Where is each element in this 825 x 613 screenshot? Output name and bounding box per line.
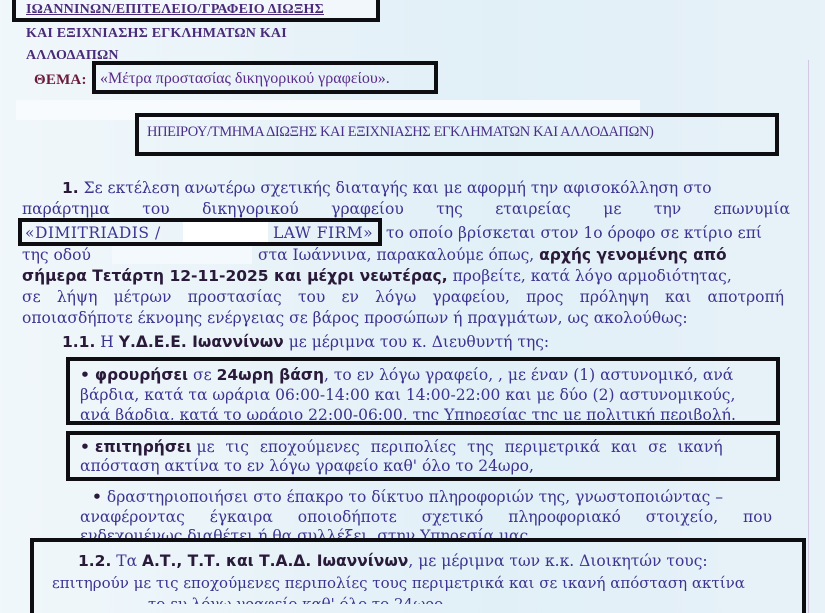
section-1-2-units: Α.Τ., Τ.Τ. και Τ.Α.Δ. Ιωαννίνων xyxy=(142,552,408,570)
section-1-2-line2: επιτηρούν με τις εποχούμενες περιπολίες … xyxy=(52,573,745,593)
paragraph1-line5-rest: προβείτε, κατά λόγο αρμοδιότητας, xyxy=(453,267,732,285)
paragraph1-line2: παράρτημα του δικηγορικού γραφείου της ε… xyxy=(22,199,790,219)
bullet3-text1: δραστηριοποιήσει στο έπακρο το δίκτυο πλ… xyxy=(107,488,723,506)
paragraph1-line5: σήμερα Τετάρτη 12-11-2025 και μέχρι νεωτ… xyxy=(22,266,732,286)
bullet1-basis: 24ωρη βάση xyxy=(217,366,324,384)
paragraph1-date-bold: σήμερα Τετάρτη 12-11-2025 και μέχρι νεωτ… xyxy=(22,267,448,285)
firm-name-start: «DIMITRIADIS / xyxy=(25,223,161,243)
section-1-2-intro-start: Τα xyxy=(116,552,137,570)
section-1-2-line3: το εν λόγω γραφείο καθ' όλο το 24ωρο. xyxy=(148,594,448,604)
paragraph1-text1: Σε εκτέλεση ανωτέρω σχετικής διαταγής κα… xyxy=(84,179,712,197)
section-1-2-intro: 1.2. Τα Α.Τ., Τ.Τ. και Τ.Α.Δ. Ιωαννίνων,… xyxy=(78,551,708,571)
paragraph1-line4-start: της οδού xyxy=(22,245,91,265)
section-1-1-unit: Υ.Δ.Ε.Ε. Ιωαννίνων xyxy=(119,333,284,351)
bullet1-text1: σε xyxy=(193,366,212,384)
bullet3-line2: αναφέροντας έγκαιρα οποιοδήποτε σχετικό … xyxy=(80,507,772,527)
bullet1-glyph: • xyxy=(80,366,90,384)
header-unit-line2: ΚΑΙ ΕΞΙΧΝΙΑΣΗΣ ΕΓΚΛΗΜΑΤΩΝ ΚΑΙ xyxy=(26,26,287,42)
paragraph1-line7: οποιασδήποτε έκνομης ενέργειας σε βάρος … xyxy=(22,308,688,328)
bullet2-glyph: • xyxy=(80,438,90,456)
bullet1-line1: • φρουρήσει σε 24ωρη βάση, το εν λόγω γρ… xyxy=(80,365,733,385)
bullet2-line1-rest: με τις εποχούμενες περιπολίες της περιμε… xyxy=(197,438,723,456)
page-margin-line xyxy=(808,60,809,613)
paragraph1-line1: 1. Σε εκτέλεση ανωτέρω σχετικής διαταγής… xyxy=(62,178,792,198)
subject-text: «Μέτρα προστασίας δικηγορικού γραφείου». xyxy=(100,70,390,88)
bullet3-line1: • δραστηριοποιήσει στο έπακρο το δίκτυο … xyxy=(92,487,723,507)
bullet1-line1-rest: , το εν λόγω γραφείο, , με έναν (1) αστυ… xyxy=(324,366,733,384)
paragraph1-line4-mid: στα Ιωάννινα, παρακαλούμε όπως, xyxy=(258,246,534,264)
bullet1-verb: φρουρήσει xyxy=(95,366,188,384)
recipient-text: ΗΠΕΙΡΟΥ/ΤΜΗΜΑ ΔΙΩΞΗΣ ΚΑΙ ΕΞΙΧΝΙΑΣΗΣ ΕΓΚΛ… xyxy=(147,124,653,141)
paragraph1-line3-rest: το οποίο βρίσκεται στον 1ο όροφο σε κτίρ… xyxy=(386,223,762,243)
section-1-1-intro-start: Η xyxy=(100,333,114,351)
paragraph1-number: 1. xyxy=(62,179,79,197)
section-1-1-number: 1.1. xyxy=(62,333,95,351)
section-1-2-intro-rest: , με μέριμνα των κ.κ. Διοικητών τους: xyxy=(408,552,707,570)
paragraph1-line4-bold: αρχής γενομένης από xyxy=(539,246,727,264)
section-1-1-intro-rest: με μέριμνα του κ. Διευθυντή της: xyxy=(289,333,549,351)
bullet1-line2: βάρδια, κατά τα ωράρια 06:00-14:00 και 1… xyxy=(80,385,735,405)
subject-label: ΘΕΜΑ: xyxy=(34,72,87,89)
street-redaction xyxy=(112,246,252,264)
section-1-2-number: 1.2. xyxy=(78,552,111,570)
section-1-1-intro: 1.1. Η Υ.Δ.Ε.Ε. Ιωαννίνων με μέριμνα του… xyxy=(62,332,549,352)
bullet3-glyph: • xyxy=(92,488,102,506)
paragraph1-line6: σε λήψη μέτρων προστασίας του εν λόγω γρ… xyxy=(22,287,784,307)
firm-name-redaction xyxy=(183,222,268,242)
bullet2-line2: απόσταση ακτίνα το εν λόγω γραφείο καθ' … xyxy=(80,456,534,476)
bullet2-verb: επιτηρήσει xyxy=(95,438,192,456)
firm-name-end: LAW FIRM» xyxy=(273,223,373,243)
bullet2-line1: • επιτηρήσει με τις εποχούμενες περιπολί… xyxy=(80,437,770,457)
header-unit-line1: ΙΩΑΝΝΙΝΩΝ/ΕΠΙΤΕΛΕΙΟ/ΓΡΑΦΕΙΟ ΔΙΩΞΗΣ xyxy=(26,2,324,18)
paragraph1-line4: στα Ιωάννινα, παρακαλούμε όπως, αρχής γε… xyxy=(258,245,727,265)
bullet1-line3: ανά βάρδια, κατά το ωράριο 22:00-06:00, … xyxy=(80,405,736,420)
